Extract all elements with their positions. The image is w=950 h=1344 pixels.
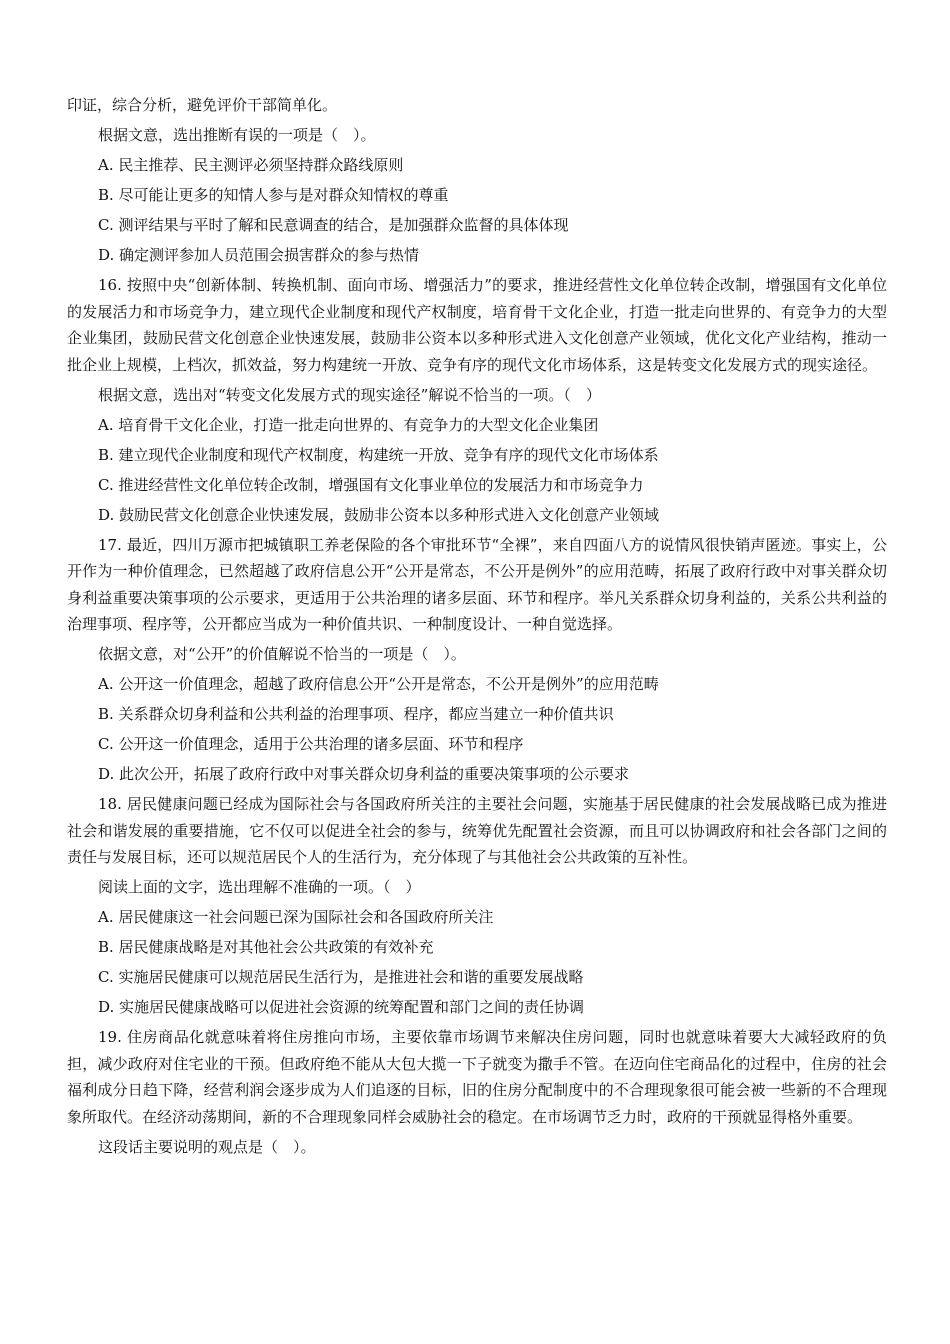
option-b: B. 关系群众切身利益和公共利益的治理事项、程序，都应当建立一种价值共识 [67,701,887,728]
option-d: D. 实施居民健康战略可以促进社会资源的统筹配置和部门之间的责任协调 [67,994,887,1021]
question-prompt: 根据文意，选出推断有误的一项是（ ）。 [67,122,887,149]
question-prompt: 根据文意，选出对“转变文化发展方式的现实途径”解说不恰当的一项。（ ） [67,382,887,409]
option-c: C. 推进经营性文化单位转企改制，增强国有文化事业单位的发展活力和市场竞争力 [67,472,887,499]
question-passage: 17. 最近，四川万源市把城镇职工养老保险的各个审批环节“全裸”，来自四面八方的… [67,532,887,638]
option-d: D. 鼓励民营文化创意企业快速发展，鼓励非公资本以多种形式进入文化创意产业领域 [67,502,887,529]
question-17: 17. 最近，四川万源市把城镇职工养老保险的各个审批环节“全裸”，来自四面八方的… [67,532,887,788]
option-c: C. 测评结果与平时了解和民意调查的结合，是加强群众监督的具体体现 [67,212,887,239]
question-15: 根据文意，选出推断有误的一项是（ ）。 A. 民主推荐、民主测评必须坚持群众路线… [67,122,887,269]
option-b: B. 建立现代企业制度和现代产权制度，构建统一开放、竞争有序的现代文化市场体系 [67,442,887,469]
question-19: 19. 住房商品化就意味着将住房推向市场，主要依靠市场调节来解决住房问题，同时也… [67,1024,887,1160]
document-page: 印证，综合分析，避免评价干部简单化。 根据文意，选出推断有误的一项是（ ）。 A… [67,92,887,1164]
passage-continuation: 印证，综合分析，避免评价干部简单化。 [67,92,887,119]
question-passage: 16. 按照中央“创新体制、转换机制、面向市场、增强活力”的要求，推进经营性文化… [67,272,887,378]
option-c: C. 公开这一价值理念，适用于公共治理的诸多层面、环节和程序 [67,731,887,758]
question-16: 16. 按照中央“创新体制、转换机制、面向市场、增强活力”的要求，推进经营性文化… [67,272,887,528]
question-prompt: 这段话主要说明的观点是（ ）。 [67,1134,887,1161]
option-a: A. 培育骨干文化企业，打造一批走向世界的、有竞争力的大型文化企业集团 [67,412,887,439]
question-prompt: 阅读上面的文字，选出理解不准确的一项。（ ） [67,874,887,901]
question-prompt: 依据文意，对“公开”的价值解说不恰当的一项是（ ）。 [67,641,887,668]
option-b: B. 居民健康战略是对其他社会公共政策的有效补充 [67,934,887,961]
question-18: 18. 居民健康问题已经成为国际社会与各国政府所关注的主要社会问题，实施基于居民… [67,791,887,1021]
option-a: A. 公开这一价值理念，超越了政府信息公开“公开是常态，不公开是例外”的应用范畴 [67,671,887,698]
option-c: C. 实施居民健康可以规范居民生活行为，是推进社会和谐的重要发展战略 [67,964,887,991]
option-d: D. 此次公开，拓展了政府行政中对事关群众切身利益的重要决策事项的公示要求 [67,761,887,788]
option-b: B. 尽可能让更多的知情人参与是对群众知情权的尊重 [67,182,887,209]
question-passage: 18. 居民健康问题已经成为国际社会与各国政府所关注的主要社会问题，实施基于居民… [67,791,887,871]
question-passage: 19. 住房商品化就意味着将住房推向市场，主要依靠市场调节来解决住房问题，同时也… [67,1024,887,1130]
option-a: A. 居民健康这一社会问题已深为国际社会和各国政府所关注 [67,904,887,931]
option-a: A. 民主推荐、民主测评必须坚持群众路线原则 [67,152,887,179]
option-d: D. 确定测评参加人员范围会损害群众的参与热情 [67,242,887,269]
